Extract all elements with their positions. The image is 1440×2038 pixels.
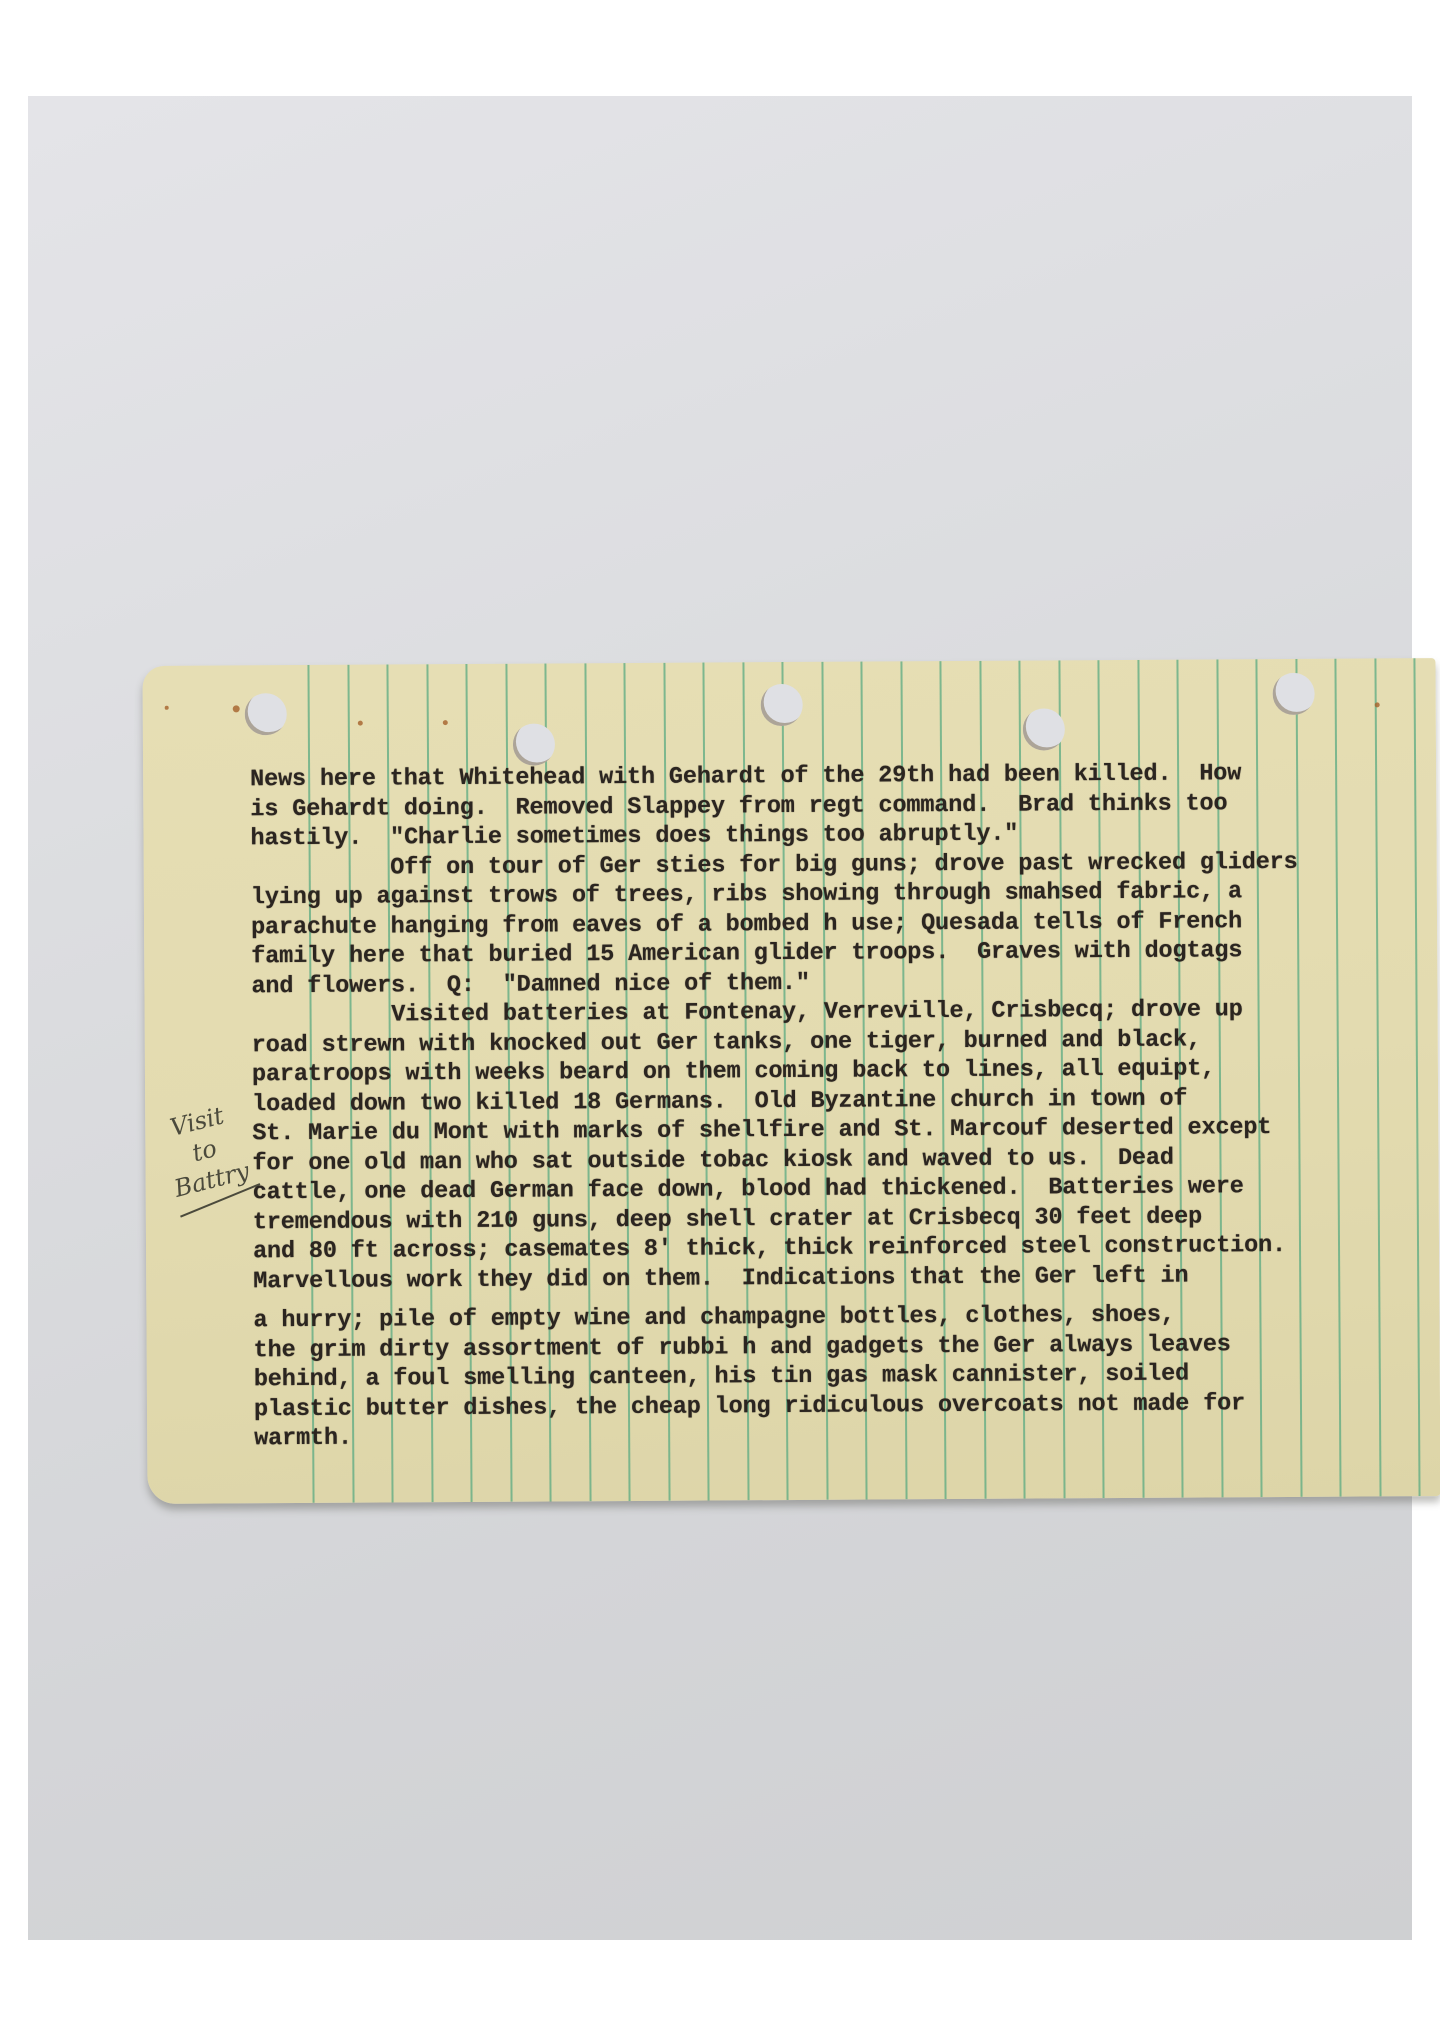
- rust-stain: [165, 706, 169, 710]
- handwritten-margin-note: Visit to Battry: [155, 1097, 257, 1212]
- note-card: News here that Whitehead with Gehardt of…: [142, 658, 1440, 1504]
- rust-stain: [358, 721, 363, 726]
- punch-hole: [245, 693, 287, 735]
- typed-text: News here that Whitehead with Gehardt of…: [250, 758, 1404, 1454]
- document-photo: News here that Whitehead with Gehardt of…: [28, 96, 1412, 1940]
- punch-hole: [1023, 708, 1065, 750]
- punch-hole: [1273, 673, 1315, 715]
- punch-hole: [761, 684, 803, 726]
- rust-stain: [1375, 702, 1380, 707]
- ruled-lines: [142, 658, 1435, 666]
- rust-stain: [443, 720, 448, 725]
- rust-stain: [233, 705, 240, 712]
- rule-line: [1413, 658, 1420, 1496]
- punch-hole: [513, 723, 555, 765]
